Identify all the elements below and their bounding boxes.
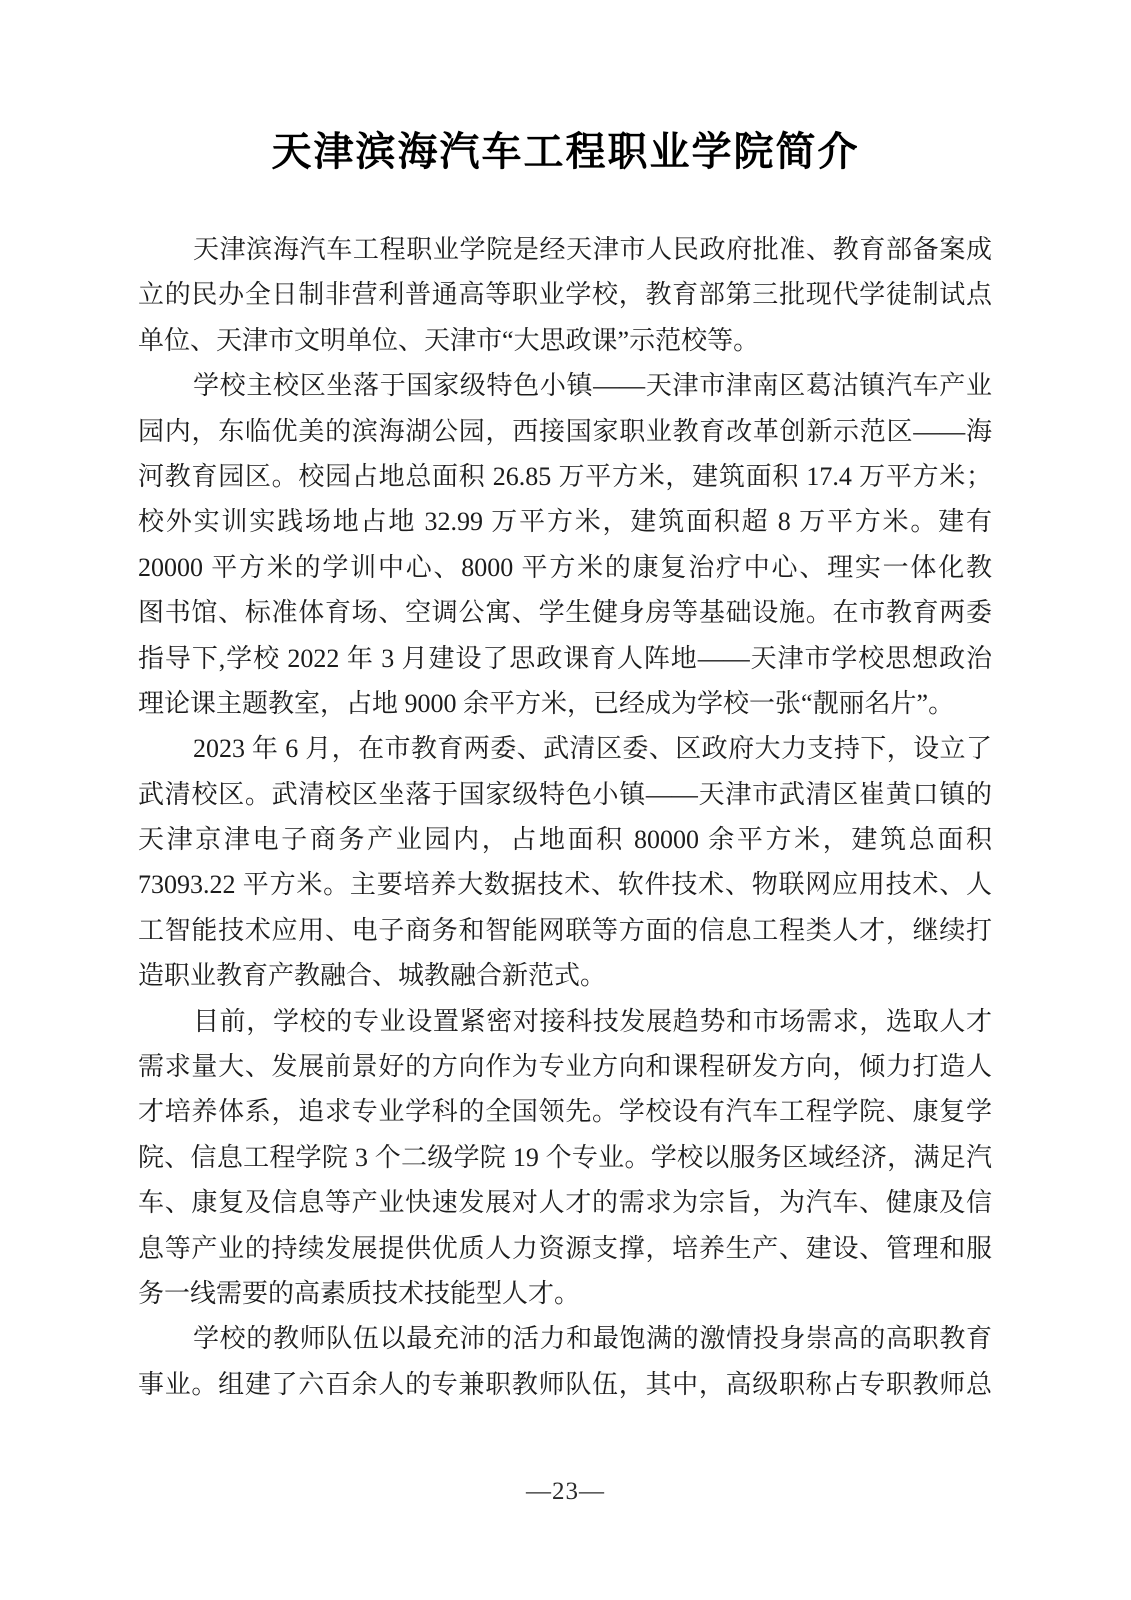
paragraph: 天津滨海汽车工程职业学院是经天津市人民政府批准、教育部备案成立的民办全日制非营利…: [138, 227, 992, 363]
paragraph: 目前，学校的专业设置紧密对接科技发展趋势和市场需求，选取人才需求量大、发展前景好…: [138, 999, 992, 1317]
text-line: 指导下,学校 2022 年 3 月建设了思政课育人阵地——天津市学校思想政治: [138, 636, 992, 681]
text-line: 武清校区。武清校区坐落于国家级特色小镇——天津市武清区崔黄口镇的: [138, 772, 992, 817]
text-line: 车、康复及信息等产业快速发展对人才的需求为宗旨，为汽车、健康及信: [138, 1180, 992, 1225]
text-line: 院、信息工程学院 3 个二级学院 19 个专业。学校以服务区域经济，满足汽: [138, 1135, 992, 1180]
text-line: 20000 平方米的学训中心、8000 平方米的康复治疗中心、理实一体化教室、: [138, 545, 992, 590]
text-line: 学校的教师队伍以最充沛的活力和最饱满的激情投身崇高的高职教育: [138, 1316, 992, 1361]
document-body: 天津滨海汽车工程职业学院是经天津市人民政府批准、教育部备案成立的民办全日制非营利…: [138, 227, 992, 1407]
text-line: 园内，东临优美的滨海湖公园，西接国家职业教育改革创新示范区——海: [138, 409, 992, 454]
text-line: 立的民办全日制非营利普通高等职业学校，教育部第三批现代学徒制试点: [138, 272, 992, 317]
text-line: 息等产业的持续发展提供优质人力资源支撑，培养生产、建设、管理和服: [138, 1226, 992, 1271]
paragraph: 学校主校区坐落于国家级特色小镇——天津市津南区葛沽镇汽车产业园内，东临优美的滨海…: [138, 363, 992, 726]
text-line: 天津京津电子商务产业园内，占地面积 80000 余平方米，建筑总面积: [138, 817, 992, 862]
text-line: 图书馆、标准体育场、空调公寓、学生健身房等基础设施。在市教育两委: [138, 590, 992, 635]
document-title: 天津滨海汽车工程职业学院简介: [0, 126, 1131, 178]
text-line: 河教育园区。校园占地总面积 26.85 万平方米，建筑面积 17.4 万平方米；: [138, 454, 992, 499]
text-line: 学校主校区坐落于国家级特色小镇——天津市津南区葛沽镇汽车产业: [138, 363, 992, 408]
text-line: 需求量大、发展前景好的方向作为专业方向和课程研发方向，倾力打造人: [138, 1044, 992, 1089]
text-line: 单位、天津市文明单位、天津市“大思政课”示范校等。: [138, 318, 992, 363]
document-page: 天津滨海汽车工程职业学院简介 天津滨海汽车工程职业学院是经天津市人民政府批准、教…: [0, 0, 1131, 1600]
text-line: 目前，学校的专业设置紧密对接科技发展趋势和市场需求，选取人才: [138, 999, 992, 1044]
text-line: 2023 年 6 月，在市教育两委、武清区委、区政府大力支持下，设立了: [138, 726, 992, 771]
text-line: 工智能技术应用、电子商务和智能网联等方面的信息工程类人才，继续打: [138, 908, 992, 953]
text-line: 校外实训实践场地占地 32.99 万平方米，建筑面积超 8 万平方米。建有: [138, 499, 992, 544]
page-number: —23—: [0, 1478, 1131, 1506]
text-line: 73093.22 平方米。主要培养大数据技术、软件技术、物联网应用技术、人: [138, 862, 992, 907]
text-line: 理论课主题教室，占地 9000 余平方米，已经成为学校一张“靓丽名片”。: [138, 681, 992, 726]
text-line: 天津滨海汽车工程职业学院是经天津市人民政府批准、教育部备案成: [138, 227, 992, 272]
paragraph: 学校的教师队伍以最充沛的活力和最饱满的激情投身崇高的高职教育事业。组建了六百余人…: [138, 1316, 992, 1407]
paragraph: 2023 年 6 月，在市教育两委、武清区委、区政府大力支持下，设立了武清校区。…: [138, 726, 992, 998]
text-line: 事业。组建了六百余人的专兼职教师队伍，其中，高级职称占专职教师总: [138, 1362, 992, 1407]
text-line: 造职业教育产教融合、城教融合新范式。: [138, 953, 992, 998]
text-line: 务一线需要的高素质技术技能型人才。: [138, 1271, 992, 1316]
text-line: 才培养体系，追求专业学科的全国领先。学校设有汽车工程学院、康复学: [138, 1089, 992, 1134]
